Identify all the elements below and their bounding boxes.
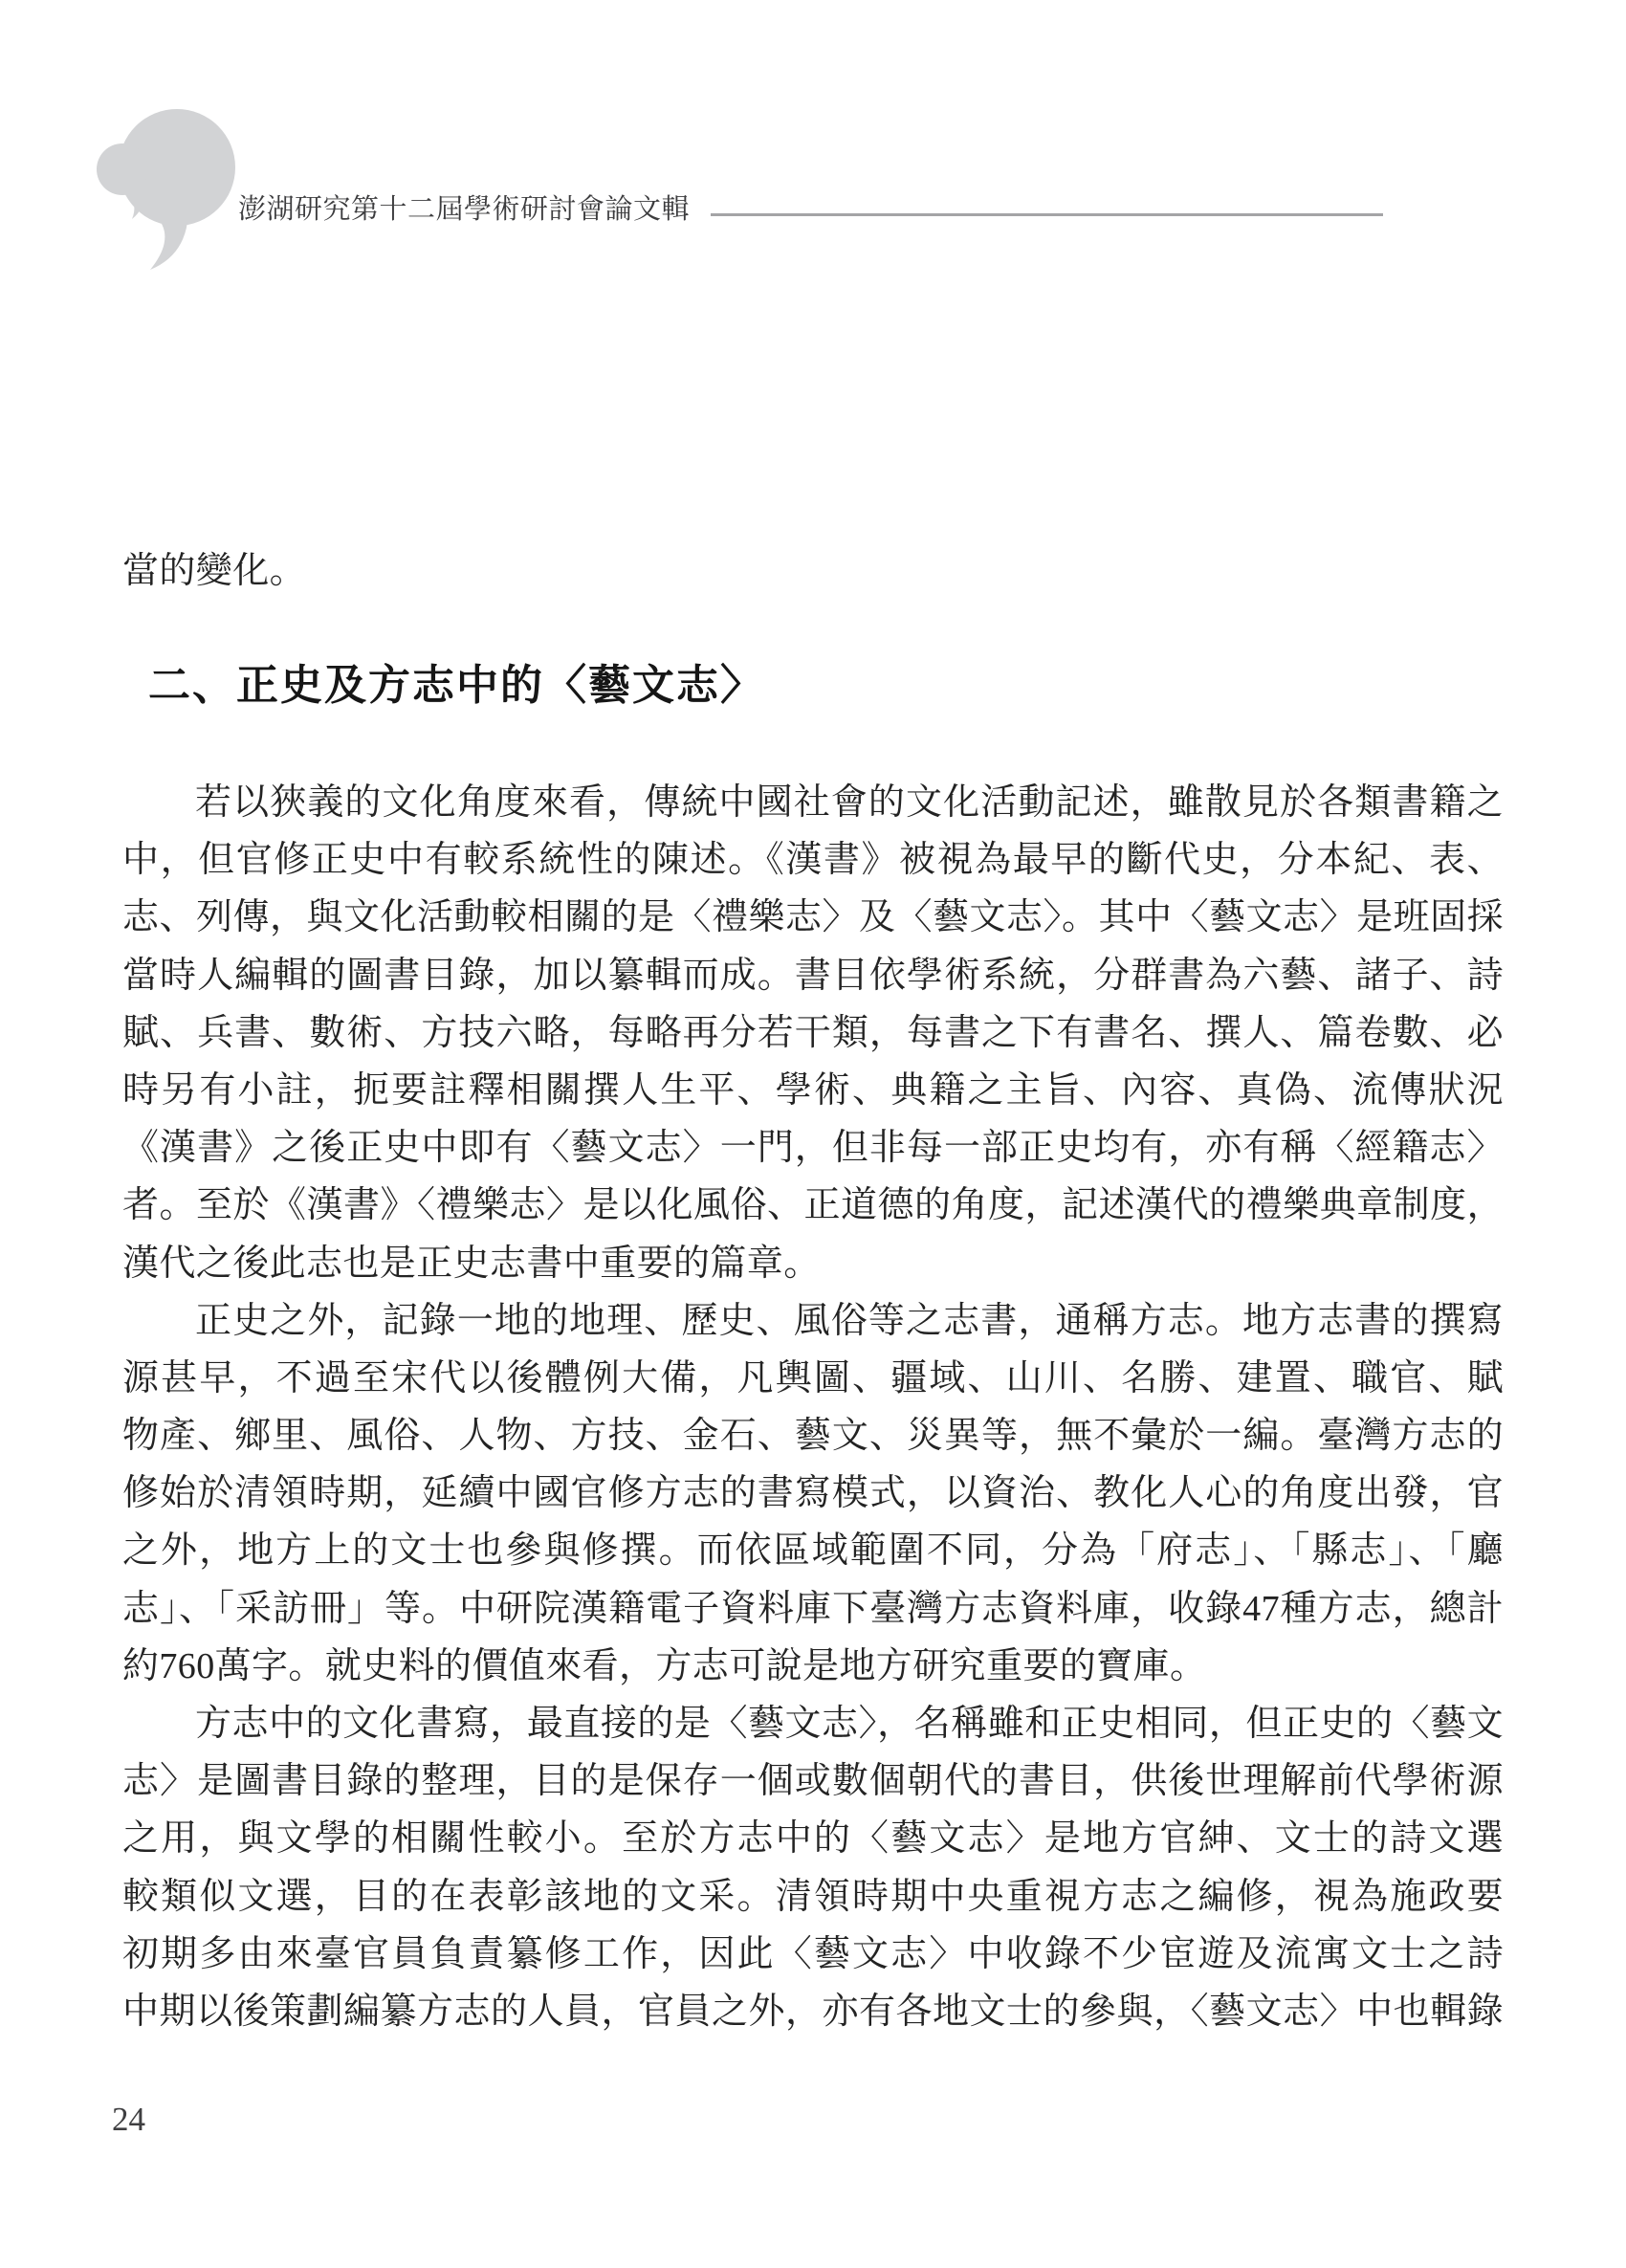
text-line: 若以狹義的文化角度來看，傳統中國社會的文化活動記述，雖散見於各類書籍之 [122,774,1504,831]
paragraphs: 若以狹義的文化角度來看，傳統中國社會的文化活動記述，雖散見於各類書籍之中，但官修… [122,774,1504,2040]
text-line: 物產、鄉里、風俗、人物、方技、金石、藝文、災異等，無不彙於一編。臺灣方志的纂 [122,1407,1504,1464]
text-line: 者。至於《漢書》〈禮樂志〉是以化風俗、正道德的角度，記述漢代的禮樂典章制度， [122,1177,1504,1234]
text-line: 方志中的文化書寫，最直接的是〈藝文志〉，名稱雖和正史相同，但正史的〈藝文 [122,1695,1504,1752]
running-header-title: 澎湖研究第十二屆學術研討會論文輯 [238,191,690,228]
text-line: 當時人編輯的圖書目錄，加以纂輯而成。書目依學術系統，分群書為六藝、諸子、詩 [122,947,1504,1004]
page-number: 24 [112,2101,145,2139]
header-rule-line [711,213,1383,216]
paragraph: 正史之外，記錄一地的地理、歷史、風俗等之志書，通稱方志。地方志書的撰寫起源甚早，… [122,1292,1504,1695]
text-line: 修始於清領時期，延續中國官修方志的書寫模式，以資治、教化人心的角度出發，官員 [122,1464,1504,1522]
text-line: 較類似文選，目的在表彰該地的文采。清領時期中央重視方志之編修，視為施政要項， [122,1868,1504,1926]
text-line: 志〉是圖書目錄的整理，目的是保存一個或數個朝代的書目，供後世理解前代學術源流 [122,1752,1504,1810]
text-line: 之外，地方上的文士也參與修撰。而依區域範圍不同，分為「府志」、「縣志」、「廳 [122,1522,1504,1579]
text-line: 初期多由來臺官員負責纂修工作，因此〈藝文志〉中收錄不少宦遊及流寓文士之詩文。 [122,1926,1504,1983]
logo-small-circle [97,143,148,195]
text-line: 時另有小註，扼要註釋相關撰人生平、學術、典籍之主旨、內容、真偽、流傳狀況等。 [122,1062,1504,1119]
speech-bubble-logo-icon [91,96,263,292]
text-line: 正史之外，記錄一地的地理、歷史、風俗等之志書，通稱方志。地方志書的撰寫起 [122,1292,1504,1350]
text-line: 漢代之後此志也是正史志書中重要的篇章。 [122,1235,1504,1292]
paragraph: 方志中的文化書寫，最直接的是〈藝文志〉，名稱雖和正史相同，但正史的〈藝文志〉是圖… [122,1695,1504,2040]
text-line: 中，但官修正史中有較系統性的陳述。《漢書》被視為最早的斷代史，分本紀、表、 [122,831,1504,889]
text-line: 志」、「采訪冊」等。中研院漢籍電子資料庫下臺灣方志資料庫，收錄47種方志，總計 [122,1580,1504,1638]
continuation-line: 當的變化。 [122,542,1504,600]
text-line: 源甚早，不過至宋代以後體例大備，凡輿圖、疆域、山川、名勝、建置、職官、賦稅、 [122,1350,1504,1407]
paragraph: 若以狹義的文化角度來看，傳統中國社會的文化活動記述，雖散見於各類書籍之中，但官修… [122,774,1504,1292]
text-line: 志、列傳，與文化活動較相關的是〈禮樂志〉及〈藝文志〉。其中〈藝文志〉是班固採 [122,889,1504,946]
text-line: 之用，與文學的相關性較小。至於方志中的〈藝文志〉是地方官紳、文士的詩文選輯， [122,1810,1504,1867]
text-line: 《漢書》之後正史中即有〈藝文志〉一門，但非每一部正史均有，亦有稱〈經籍志〉 [122,1119,1504,1177]
logo-large-tail [150,218,187,270]
section-heading: 二、正史及方志中的〈藝文志〉 [148,658,764,714]
text-line: 賦、兵書、數術、方技六略，每略再分若干類，每書之下有書名、撰人、篇卷數、必要 [122,1004,1504,1062]
text-line: 中期以後策劃編纂方志的人員，官員之外，亦有各地文士的參與，〈藝文志〉中也輯錄 [122,1983,1504,2040]
text-line: 約760萬字。就史料的價值來看，方志可說是地方研究重要的寶庫。 [122,1638,1504,1695]
document-page: 澎湖研究第十二屆學術研討會論文輯 當的變化。 二、正史及方志中的〈藝文志〉 若以… [0,0,1626,2268]
